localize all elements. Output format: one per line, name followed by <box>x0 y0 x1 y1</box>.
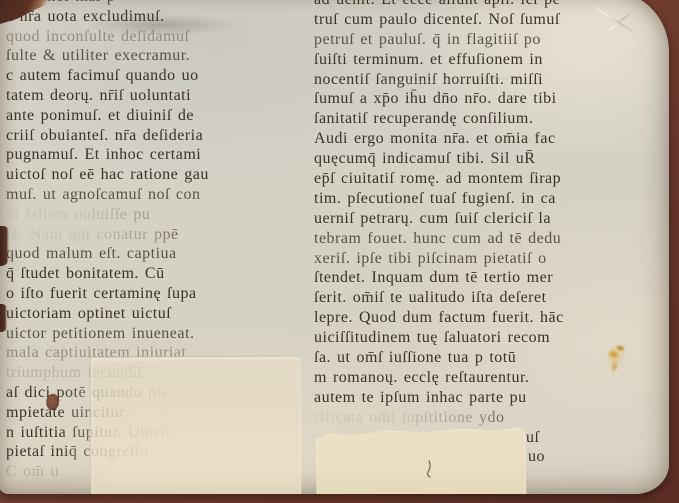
manuscript-line: quod malum eſt. captiua <box>6 244 328 264</box>
manuscript-line: tebram fouet. hunc cum ad tē dedu <box>314 229 662 249</box>
manuscript-line: ſumuſ a xp̄o ih̄u dn̄o nr̄o. dare tibi <box>314 89 662 109</box>
manuscript-line: lepre. Quod dum factum fuerit. hāc <box>314 308 662 328</box>
manuscript-line: ep̄ſ ciuitatiſ romę. ad montem ſirap <box>314 169 662 189</box>
manuscript-line: ſtendet. Inquam dum tē tertio mer <box>314 268 662 288</box>
manuscript-line: uictoſ noſ eē hac ratione gau <box>6 165 328 185</box>
ink-smudge <box>86 14 236 36</box>
manuscript-line: muſ. ut agnoſcamuſ noſ con <box>6 185 328 205</box>
manuscript-photo: timal hoſ mal pa nr̄a uota excludimuſ.qu… <box>0 0 679 503</box>
manuscript-line: autem te ipſum inhac parte pu <box>314 388 662 408</box>
manuscript-line: ſerit. om̄iſ te ualitudo iſta deſeret <box>314 288 662 308</box>
manuscript-line: uictoriam optinet uictuſ <box>6 304 328 324</box>
manuscript-line: xeriſ. ipſe tibi piſcinam pietatiſ o <box>314 249 662 269</box>
manuscript-line: ſulte & utiliter execramur. <box>6 46 328 66</box>
parchment-leaf: timal hoſ mal pa nr̄a uota excludimuſ.qu… <box>0 0 669 494</box>
manuscript-line: o iſto fuerit certaminę ſupa <box>6 284 328 304</box>
manuscript-line: quęcumq̄ indicamuſ tibi. Sil uR̄ <box>314 149 662 169</box>
manuscript-line: rē. Nam qui conatur ppē <box>6 225 328 245</box>
repair-patch-translucent <box>90 355 302 494</box>
binding-remnant <box>0 304 7 332</box>
manuscript-line: tatem deorų. nr̄iſ uoluntati <box>6 86 328 106</box>
repair-patch-paper <box>316 427 527 494</box>
manuscript-line: ad uenit. Et ecce aſſunt aplī. ſc̄ſ pe <box>314 0 662 10</box>
manuscript-line: uictor petitionem inueneat. <box>6 324 328 344</box>
manuscript-line: ſuiſti terminum. et effuſionem in <box>314 50 662 70</box>
manuscript-line: rificata om̄i ſupſtitione ydo <box>314 408 662 428</box>
manuscript-line: petruſ et pauluſ. q̄ in flagitiiſ po <box>314 30 662 50</box>
manuscript-line: c autem facimuſ quando uo <box>6 66 328 86</box>
ink-flourish-mark <box>424 460 434 478</box>
manuscript-line: ante ponimuſ. et diuiniſ de <box>6 106 328 126</box>
manuscript-line: pugnamuſ. Et inhoc certami <box>6 145 328 165</box>
manuscript-line: Audi ergo monita nr̄a. et om̄ia fac <box>314 129 662 149</box>
binding-remnant <box>0 226 9 266</box>
manuscript-line: criiſ obuianteſ. nr̄a deſideria <box>6 126 328 146</box>
manuscript-line: uerniſ petrarų. cum ſuiſ clericiſ la <box>314 209 662 229</box>
manuscript-line: q̄ ſtudet bonitatem. Cū <box>6 264 328 284</box>
text-column-right: ad uenit. Et ecce aſſunt aplī. ſc̄ſ petr… <box>314 0 662 467</box>
manuscript-line: ſanitatiſ recuperandę conſilium. <box>314 109 662 129</box>
manuscript-line: ni ſaltem uoluiſſe pu <box>6 205 328 225</box>
manuscript-line: tim. pſecutioneſ tuaſ fugienſ. in ca <box>314 189 662 209</box>
